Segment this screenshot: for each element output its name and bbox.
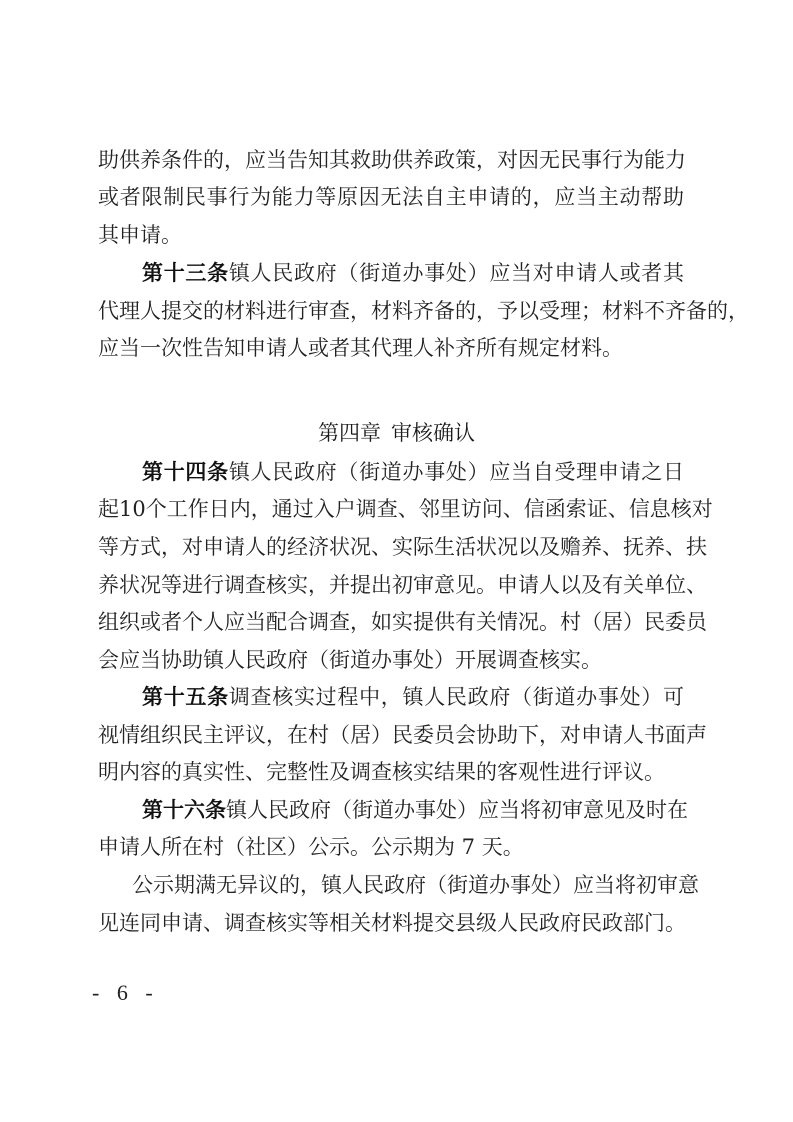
chapter-heading: 第四章审核确认: [0, 418, 793, 448]
chapter-title: 审核确认: [391, 421, 475, 445]
page-number: - 6 -: [92, 980, 159, 1006]
body-text-line: 起10个工作日内，通过入户调查、邻里访问、信函索证、信息核对: [98, 494, 684, 524]
body-text-line: 公示期满无异议的，镇人民政府（街道办事处）应当将初审意: [132, 870, 684, 900]
body-text-line: 助供养条件的，应当告知其救助供养政策，对因无民事行为能力: [98, 145, 684, 175]
body-text-line: 见连同申请、调查核实等相关材料提交县级人民政府民政部门。: [98, 908, 684, 938]
body-text-line: 其申请。: [98, 220, 684, 250]
article-label: 第十三条: [142, 261, 229, 285]
body-text-line: 申请人所在村（社区）公示。公示期为 7 天。: [98, 832, 684, 862]
body-text: 调查核实过程中，镇人民政府（街道办事处）可: [229, 685, 684, 709]
article-15-first-line: 第十五条调查核实过程中，镇人民政府（街道办事处）可: [142, 682, 684, 712]
chapter-number: 第四章: [318, 421, 381, 445]
article-label: 第十六条: [142, 798, 226, 822]
body-text-line: 等方式，对申请人的经济状况、实际生活状况以及赡养、抚养、扶: [98, 532, 684, 562]
body-text: 镇人民政府（街道办事处）应当将初审意见及时在: [226, 798, 688, 822]
body-text-line: 明内容的真实性、完整性及调查核实结果的客观性进行评议。: [98, 757, 684, 787]
body-text-line: 应当一次性告知申请人或者其代理人补齐所有规定材料。: [98, 333, 684, 363]
body-text: 镇人民政府（街道办事处）应当对申请人或者其: [229, 261, 684, 285]
article-label: 第十五条: [142, 685, 229, 709]
body-text-line: 或者限制民事行为能力等原因无法自主申请的，应当主动帮助: [98, 182, 684, 212]
document-page: 助供养条件的，应当告知其救助供养政策，对因无民事行为能力 或者限制民事行为能力等…: [0, 0, 793, 1122]
article-16-first-line: 第十六条镇人民政府（街道办事处）应当将初审意见及时在: [142, 795, 684, 825]
article-13-first-line: 第十三条镇人民政府（街道办事处）应当对申请人或者其: [142, 258, 684, 288]
body-text-line: 代理人提交的材料进行审查，材料齐备的，予以受理；材料不齐备的，: [98, 296, 684, 326]
article-label: 第十四条: [142, 460, 229, 484]
article-14-first-line: 第十四条镇人民政府（街道办事处）应当自受理申请之日: [142, 457, 684, 487]
body-text-line: 组织或者个人应当配合调查，如实提供有关情况。村（居）民委员: [98, 607, 684, 637]
body-text-line: 会应当协助镇人民政府（街道办事处）开展调查核实。: [98, 645, 684, 675]
body-text: 镇人民政府（街道办事处）应当自受理申请之日: [229, 460, 684, 484]
body-text-line: 养状况等进行调查核实，并提出初审意见。申请人以及有关单位、: [98, 570, 684, 600]
body-text-line: 视情组织民主评议，在村（居）民委员会协助下，对申请人书面声: [98, 720, 684, 750]
